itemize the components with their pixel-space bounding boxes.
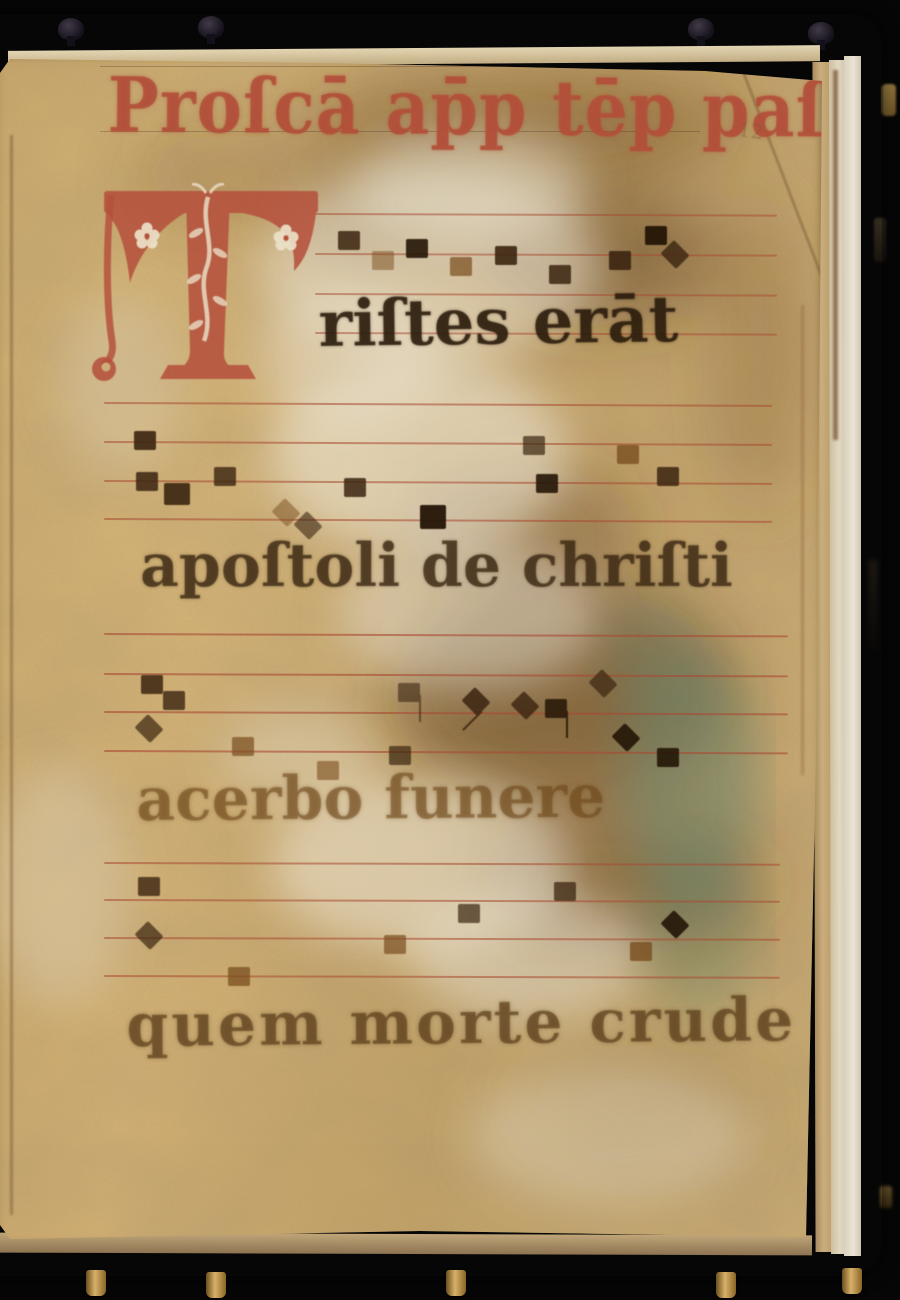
page-edge-stain [833,70,838,440]
square-neume [458,904,480,923]
brass-foot [86,1270,106,1296]
square-neume [214,467,236,486]
square-neume [554,882,576,901]
square-neume [136,472,158,491]
neume-stem [566,711,569,738]
square-neume [406,239,428,258]
cover-stud [688,18,714,40]
cover-stud [198,16,224,38]
brass-foot [716,1272,736,1298]
square-neume [372,251,394,270]
manuscript-page: Proſcā ap̄p tēp paſ [0,55,824,1247]
page-edges [844,56,861,1256]
manuscript-photograph: Proſcā ap̄p tēp paſ [0,0,900,1300]
square-neume [164,483,190,505]
square-neume [420,505,446,529]
square-neume [344,478,366,497]
square-neume [163,691,185,710]
brass-fitting [882,84,896,116]
square-neume [657,467,679,486]
square-neume [138,877,160,896]
chant-text-line: acerbo funere [136,762,606,835]
square-neume [645,226,667,245]
chant-text-line: apoſtoli de chriſti [140,531,733,601]
brass-foot [842,1268,862,1294]
square-neume [398,683,420,702]
chant-text-line: quem morte crude [126,985,797,1061]
square-neume [536,474,558,493]
square-neume [495,246,517,265]
square-neume [450,257,472,276]
square-neume [228,967,250,986]
square-neume [384,935,406,954]
rubric-text: Proſcā ap̄p tēp paſ [107,61,826,156]
square-neume [617,445,639,464]
cover-stud [58,18,84,40]
square-neume [549,265,571,284]
square-neume [545,699,567,718]
brass-foot [446,1270,466,1296]
square-neume [630,942,652,961]
square-neume [141,675,163,694]
square-neume [232,737,254,756]
square-neume [523,436,545,455]
square-neume [609,251,631,270]
folio-number: 12 [737,117,766,144]
page-crease [801,305,804,775]
neume-stem [419,695,422,722]
brass-foot [206,1272,226,1298]
gutter-crease [10,135,13,1215]
decorated-initial-T [90,183,330,403]
cover-stud [808,22,834,44]
square-neume [657,748,679,767]
square-neume [338,231,360,250]
chant-text-line: riſtes erāt [318,282,679,362]
square-neume [134,431,156,450]
